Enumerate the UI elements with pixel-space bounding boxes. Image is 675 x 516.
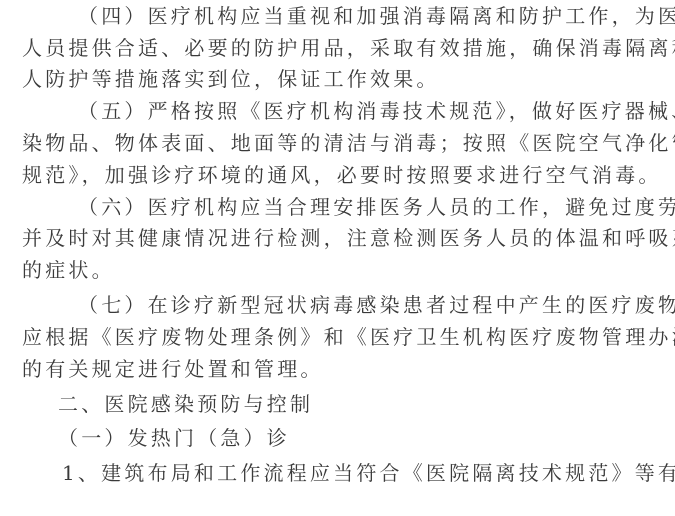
item-1-line-1: 1、建筑布局和工作流程应当符合《医院隔离技术规范》等有关 [62,461,657,485]
paragraph-5-line-2: 染物品、物体表面、地面等的清洁与消毒；按照《医院空气净化管理 [22,131,657,155]
subsection-heading: （一）发热门（急）诊 [58,426,458,450]
paragraph-7-line-1: （七）在诊疗新型冠状病毒感染患者过程中产生的医疗废物， [78,293,657,317]
paragraph-6-line-3: 的症状。 [22,258,657,282]
paragraph-5-line-3: 规范》，加强诊疗环境的通风，必要时按照要求进行空气消毒。 [22,163,657,187]
paragraph-6-line-1: （六）医疗机构应当合理安排医务人员的工作，避免过度劳累， [78,195,657,219]
paragraph-5-line-1: （五）严格按照《医疗机构消毒技术规范》，做好医疗器械、污 [78,99,657,123]
document-page: （四）医疗机构应当重视和加强消毒隔离和防护工作，为医务 人员提供合适、必要的防护… [0,0,675,516]
section-heading: 二、医院感染预防与控制 [58,392,458,416]
paragraph-7-line-3: 的有关规定进行处置和管理。 [22,357,657,381]
paragraph-4-line-3: 人防护等措施落实到位，保证工作效果。 [22,67,657,91]
paragraph-7-line-2: 应根据《医疗废物处理条例》和《医疗卫生机构医疗废物管理办法》 [22,325,657,349]
paragraph-6-line-2: 并及时对其健康情况进行检测，注意检测医务人员的体温和呼吸系统 [22,226,657,250]
paragraph-4-line-1: （四）医疗机构应当重视和加强消毒隔离和防护工作，为医务 [78,4,657,28]
paragraph-4-line-2: 人员提供合适、必要的防护用品，采取有效措施，确保消毒隔离和个 [22,36,657,60]
